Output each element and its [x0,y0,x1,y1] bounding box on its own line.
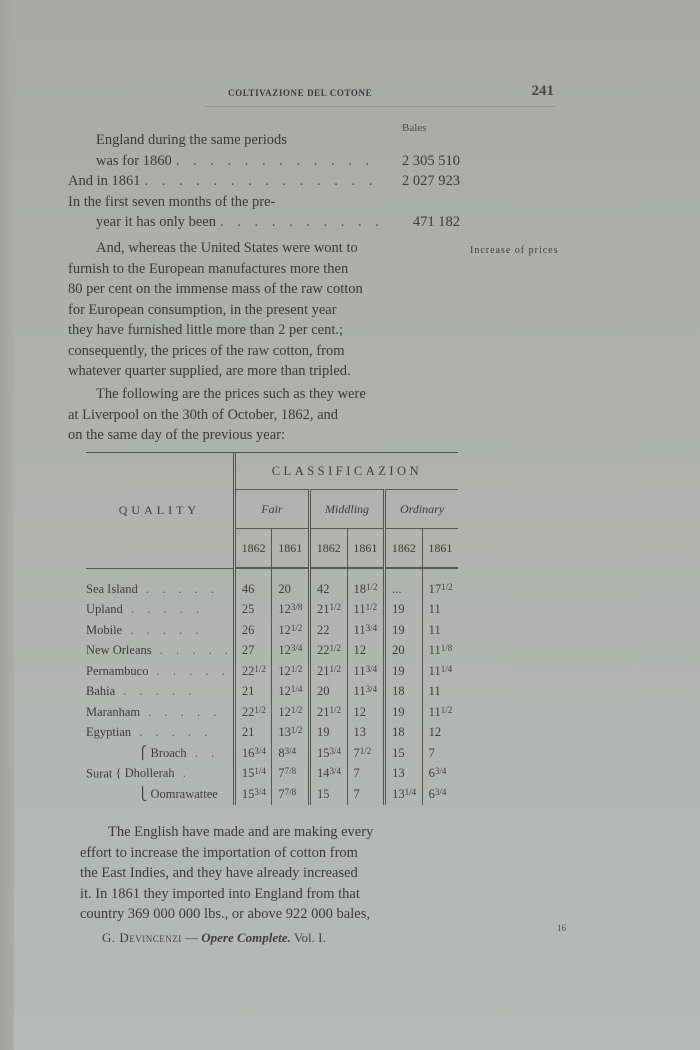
price-whole: 11 [429,705,441,719]
year-header: 1862 [309,529,347,569]
price-fraction: 1/4 [254,766,266,776]
price-fraction: 3/4 [254,746,266,756]
price-cell: 18 [385,723,423,744]
row-quality-name: Maranham . . . . . [86,702,234,723]
price-fraction: 3/8 [291,602,303,612]
text-line: country 369 000 000 lbs., or above 922 0… [80,904,480,925]
price-cell: 26 [234,620,272,641]
paragraph-east-indies: The English have made and are making eve… [80,822,480,925]
price-cell: 211/2 [309,661,347,682]
price-fraction: 1/2 [441,705,453,715]
price-fraction: 1/2 [360,746,372,756]
price-fraction: 3/4 [366,664,378,674]
price-cell: 46 [234,579,272,600]
imports-line-label: And in 1861 [68,171,141,192]
price-whole: 13 [354,725,367,739]
price-fraction: 1/2 [366,602,378,612]
price-whole: 15 [242,787,255,801]
price-fraction: 1/2 [329,664,341,674]
price-cell: ... [385,579,423,600]
price-cell: 20 [272,579,310,600]
price-cell: 11 [422,620,458,641]
paragraph-united-states: And, whereas the United States were wont… [68,238,460,382]
price-whole: 12 [354,705,367,719]
row-quality-name: Mobile . . . . . [86,620,234,641]
running-head: COLTIVAZIONE DEL COTONE 241 [228,85,558,105]
price-cell: 25 [234,600,272,621]
price-whole: 19 [392,623,405,637]
table-row: Upland . . . . .25123/8211/2111/21911 [86,600,458,621]
price-cell: 221/2 [309,641,347,662]
table-row: Pernambuco . . . . .221/2121/2211/2113/4… [86,661,458,682]
price-whole: 15 [317,746,330,760]
price-cell: 19 [309,723,347,744]
price-fraction: 1/4 [441,664,453,674]
book-page: COLTIVAZIONE DEL COTONE 241 Bales Englan… [0,0,700,1050]
price-cell: 20 [309,682,347,703]
price-cell: 163/4 [234,743,272,764]
price-whole: 21 [317,705,330,719]
price-whole: 18 [354,582,367,596]
price-cell: 77/8 [272,764,310,785]
grade-header-fair: Fair [234,490,309,529]
price-whole: ... [392,582,401,596]
brace-icon: { [116,766,125,780]
price-whole: 12 [278,664,291,678]
price-cell: 113/4 [347,661,385,682]
price-fraction: 1/2 [254,705,266,715]
price-cell: 77/8 [272,784,310,805]
footer-author: G. Devincenzi [102,930,182,945]
price-cell: 18 [385,682,423,703]
imports-list: England during the same periods was for … [68,130,460,233]
price-cell: 19 [385,600,423,621]
price-whole: 12 [429,725,442,739]
imports-line: In the first seven months of the pre- [68,192,460,213]
price-whole: 15 [392,746,405,760]
table-row: Surat { Dhollerah .151/477/8143/471363/4 [86,764,458,785]
price-whole: 7 [354,787,360,801]
price-cell: 20 [385,641,423,662]
price-fraction: 1/2 [291,705,303,715]
price-cell: 22 [309,620,347,641]
header-rule [205,106,555,107]
running-title: COLTIVAZIONE DEL COTONE [228,88,372,98]
price-whole: 13 [278,725,291,739]
table-row: Bahia . . . . .21121/420113/41811 [86,682,458,703]
price-cell: 221/2 [234,702,272,723]
price-cell: 42 [309,579,347,600]
price-fraction: 7/8 [285,787,297,797]
price-fraction: 3/4 [285,746,297,756]
price-fraction: 1/4 [405,787,417,797]
price-fraction: 1/2 [254,664,266,674]
row-quality-name: Egyptian . . . . . [86,723,234,744]
imports-line: England during the same periods [68,130,460,151]
price-whole: 22 [317,643,330,657]
table-row: Maranham . . . . .221/2121/2211/21219111… [86,702,458,723]
leader-dots: . . . . . . . . . . . . . . . . . . . [176,151,378,172]
price-cell: 121/2 [272,620,310,641]
price-whole: 19 [392,705,405,719]
price-cell: 111/4 [422,661,458,682]
price-whole: 21 [317,602,330,616]
row-quality-name: ⎩ Oomrawattee [86,784,234,805]
price-cell: 181/2 [347,579,385,600]
price-whole: 12 [278,643,291,657]
price-cell: 131/4 [385,784,423,805]
price-fraction: 1/4 [291,684,303,694]
price-whole: 21 [242,684,255,698]
price-fraction: 3/4 [366,623,378,633]
price-cell: 83/4 [272,743,310,764]
row-quality-name: Surat { Dhollerah . [86,764,234,785]
price-whole: 12 [278,705,291,719]
text-line: the East Indies, and they have already i… [80,863,480,884]
paragraph-liverpool-prices: The following are the prices such as the… [68,384,460,446]
table-row: ⎩ Oomrawattee153/477/8157131/463/4 [86,784,458,805]
price-fraction: 3/4 [291,643,303,653]
footer-dash: — [185,930,198,945]
price-cell: 27 [234,641,272,662]
imports-line: was for 1860 . . . . . . . . . . . . . .… [68,151,460,172]
price-whole: 7 [354,766,360,780]
footer-volume: Vol. I. [294,930,326,945]
price-cell: 211/2 [309,702,347,723]
price-whole: 19 [392,602,405,616]
price-cell: 21 [234,682,272,703]
price-fraction: 3/4 [435,787,447,797]
price-whole: 11 [429,602,441,616]
price-cell: 121/4 [272,682,310,703]
price-whole: 27 [242,643,255,657]
text-line: effort to increase the importation of co… [80,843,480,864]
text-line: on the same day of the previous year: [68,425,460,446]
price-cell: 12 [347,702,385,723]
price-cell: 171/2 [422,579,458,600]
text-line: consequently, the prices of the raw cott… [68,341,460,362]
price-whole: 14 [317,766,330,780]
leader-dots: . . . . . . . . . . . . . . . . . . . [145,171,379,192]
price-whole: 22 [242,664,255,678]
price-cell: 71/2 [347,743,385,764]
brace-icon: ⎧ [86,746,151,760]
price-whole: 11 [354,684,366,698]
grade-header-ordinary: Ordinary [385,490,458,529]
price-whole: 15 [317,787,330,801]
price-fraction: 1/2 [329,602,341,612]
imports-line: year it has only been . . . . . . . . . … [68,212,460,233]
price-whole: 12 [354,643,367,657]
table-row: New Orleans . . . . .27123/4221/21220111… [86,641,458,662]
text-line: it. In 1861 they imported into England f… [80,884,480,905]
year-header: 1861 [422,529,458,569]
price-cell: 113/4 [347,682,385,703]
price-cell: 15 [385,743,423,764]
price-cell: 7 [347,784,385,805]
text-line: at Liverpool on the 30th of October, 186… [68,405,460,426]
year-header: 1862 [234,529,272,569]
price-fraction: 1/2 [366,582,378,592]
price-whole: 18 [392,725,405,739]
grade-header-middling: Middling [309,490,384,529]
row-quality-name: ⎧ Broach . . [86,743,234,764]
text-line: The English have made and are making eve… [80,822,480,843]
price-whole: 22 [242,705,255,719]
price-whole: 20 [392,643,405,657]
price-whole: 21 [242,725,255,739]
price-fraction: 3/4 [435,766,447,776]
price-whole: 17 [429,582,442,596]
price-whole: 11 [354,602,366,616]
price-cell: 11 [422,600,458,621]
price-cell: 123/8 [272,600,310,621]
price-cell: 7 [347,764,385,785]
price-whole: 13 [392,787,405,801]
price-whole: 19 [392,664,405,678]
price-whole: 12 [278,602,291,616]
margin-note: Increase of prices [470,244,570,257]
price-whole: 16 [242,746,255,760]
price-cell: 151/4 [234,764,272,785]
price-cell: 111/2 [422,702,458,723]
price-fraction: 1/8 [441,643,453,653]
price-cell: 7 [422,743,458,764]
price-cell: 121/2 [272,702,310,723]
price-cell: 131/2 [272,723,310,744]
year-header: 1861 [347,529,385,569]
imports-line-value: 2 027 923 [382,171,460,192]
price-cell: 21 [234,723,272,744]
price-whole: 26 [242,623,255,637]
price-fraction: 1/2 [291,623,303,633]
price-whole: 11 [429,684,441,698]
price-whole: 15 [242,766,255,780]
price-whole: 11 [354,664,366,678]
text-line: whatever quarter supplied, are more than… [68,361,460,382]
classification-header: CLASSIFICAZION [234,453,458,490]
imports-line-value: 2 305 510 [382,151,460,172]
table-row: Mobile . . . . .26121/222113/41911 [86,620,458,641]
price-cell: 63/4 [422,764,458,785]
price-fraction: 1/2 [291,725,303,735]
surat-group-label: Surat [86,767,116,781]
price-cell: 63/4 [422,784,458,805]
price-whole: 22 [317,623,330,637]
year-header: 1862 [385,529,423,569]
price-whole: 12 [278,684,291,698]
price-whole: 7 [429,746,435,760]
price-fraction: 3/4 [329,766,341,776]
price-fraction: 1/2 [291,664,303,674]
price-cell: 13 [347,723,385,744]
price-fraction: 1/2 [329,643,341,653]
price-whole: 21 [317,664,330,678]
row-quality-name: Bahia . . . . . [86,682,234,703]
price-cell: 111/8 [422,641,458,662]
price-whole: 18 [392,684,405,698]
price-cell: 19 [385,702,423,723]
brace-icon: ⎩ [86,787,151,801]
leader-dots: . . . . . . . . . . . . . . . . . . . [220,212,378,233]
row-quality-name: Pernambuco . . . . . [86,661,234,682]
price-cell: 153/4 [309,743,347,764]
price-whole: 46 [242,582,255,596]
imports-line-label: year it has only been [96,212,216,233]
price-whole: 11 [429,623,441,637]
price-whole: 25 [242,602,255,616]
price-cell: 113/4 [347,620,385,641]
price-fraction: 7/8 [285,766,297,776]
footer-work-title: Opere Complete. [201,930,291,945]
price-whole: 42 [317,582,330,596]
price-whole: 11 [429,643,441,657]
price-whole: 13 [392,766,405,780]
price-whole: 19 [317,725,330,739]
price-fraction: 3/4 [254,787,266,797]
footer-citation: G. Devincenzi — Opere Complete. Vol. I. [102,930,326,946]
price-whole: 12 [278,623,291,637]
text-line: furnish to the European manufactures mor… [68,259,460,280]
price-cell: 12 [347,641,385,662]
signature-mark: 16 [557,923,566,933]
price-cell: 121/2 [272,661,310,682]
price-cell: 19 [385,620,423,641]
price-cell: 12 [422,723,458,744]
table-row: Egyptian . . . . .21131/219131812 [86,723,458,744]
price-table: QUALITY CLASSIFICAZION Fair Middling Ord… [86,452,458,805]
price-cell: 11 [422,682,458,703]
year-header: 1861 [272,529,310,569]
text-line: And, whereas the United States were wont… [68,238,460,259]
price-cell: 15 [309,784,347,805]
price-whole: 20 [278,582,291,596]
imports-line: And in 1861 . . . . . . . . . . . . . . … [68,171,460,192]
price-cell: 221/2 [234,661,272,682]
price-cell: 211/2 [309,600,347,621]
text-line: for European consumption, in the present… [68,300,460,321]
price-cell: 111/2 [347,600,385,621]
price-cell: 13 [385,764,423,785]
price-cell: 143/4 [309,764,347,785]
row-quality-name: New Orleans . . . . . [86,641,234,662]
price-cell: 19 [385,661,423,682]
quality-header: QUALITY [86,453,234,568]
price-fraction: 3/4 [329,746,341,756]
price-fraction: 3/4 [366,684,378,694]
price-fraction: 1/2 [441,582,453,592]
text-line: they have furnished little more than 2 p… [68,320,460,341]
table-row: Sea Island . . . . .462042181/2...171/2 [86,579,458,600]
price-cell: 123/4 [272,641,310,662]
imports-line-value: 471 182 [382,212,460,233]
price-whole: 11 [429,664,441,678]
price-fraction: 1/2 [329,705,341,715]
price-whole: 11 [354,623,366,637]
table-row: ⎧ Broach . .163/483/4153/471/2157 [86,743,458,764]
row-quality-name: Sea Island . . . . . [86,579,234,600]
price-cell: 153/4 [234,784,272,805]
text-line: The following are the prices such as the… [68,384,460,405]
price-whole: 20 [317,684,330,698]
imports-line-label: was for 1860 [96,151,172,172]
row-quality-name: Upland . . . . . [86,600,234,621]
text-line: 80 per cent on the immense mass of the r… [68,279,460,300]
page-number: 241 [532,83,555,100]
